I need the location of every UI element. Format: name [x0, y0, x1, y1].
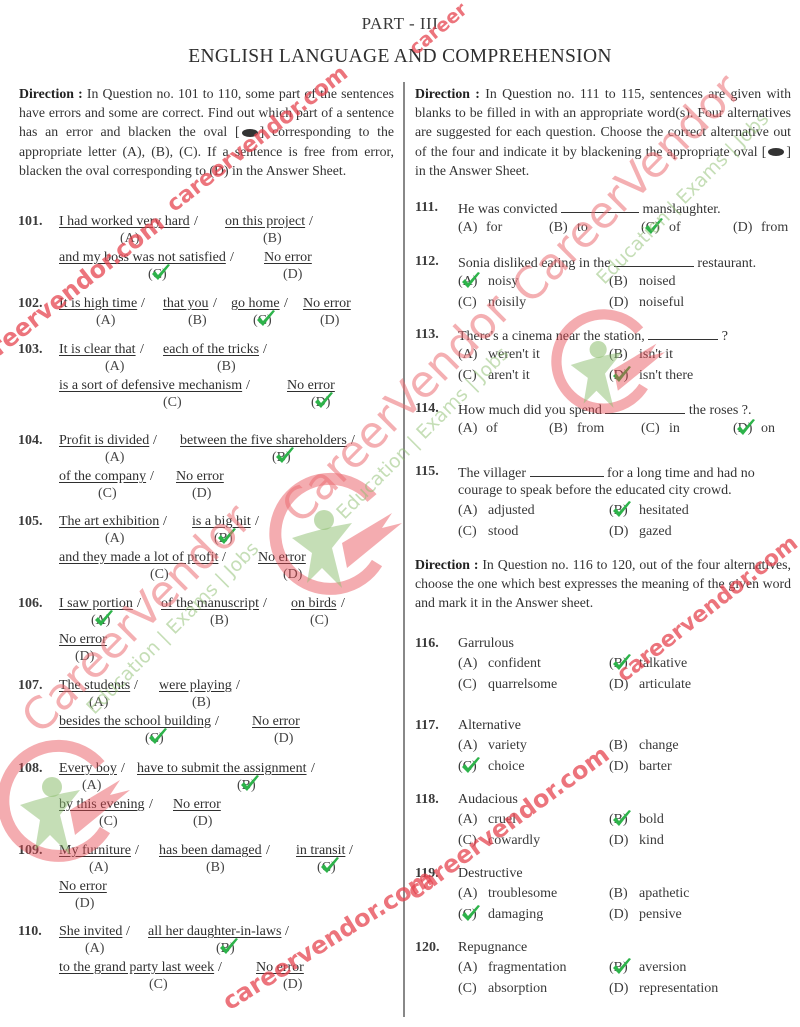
- option-text: aren't it: [488, 368, 530, 383]
- question-word: Repugnance: [458, 940, 527, 956]
- option-label-a: (A): [120, 231, 139, 247]
- answer-part-c[interactable]: by this evening: [59, 797, 145, 813]
- question-number: 113.: [415, 327, 439, 343]
- question-114: 114.How much did you spend the roses ?.(…: [415, 401, 795, 471]
- separator-slash: /: [309, 214, 313, 230]
- option-label-a: (A): [105, 531, 124, 547]
- option-label-a: (A): [105, 450, 124, 466]
- question-stem: Sonia disliked eating in the restaurant.: [458, 254, 756, 272]
- answer-part-a[interactable]: She invited: [59, 924, 122, 940]
- direction-label: Direction :: [19, 86, 83, 101]
- stem-text: for a long time and had no: [604, 466, 755, 481]
- answer-part-a[interactable]: My furniture: [59, 843, 131, 859]
- answer-part-a[interactable]: The art exhibition: [59, 514, 159, 530]
- separator-slash: /: [246, 378, 250, 394]
- option-text: quarrelsome: [488, 677, 557, 692]
- option-d[interactable]: (D)noiseful: [609, 295, 684, 311]
- option-text: variety: [488, 738, 527, 753]
- answer-part-b[interactable]: have to submit the assignment: [137, 761, 307, 777]
- question-number: 103.: [18, 342, 43, 358]
- separator-slash: /: [236, 678, 240, 694]
- question-119: 119.Destructive(A)troublesome(B)apatheti…: [415, 866, 795, 930]
- separator-slash: /: [222, 550, 226, 566]
- answer-part-d[interactable]: No error: [287, 378, 335, 394]
- option-letter: (B): [609, 347, 639, 363]
- option-b[interactable]: (B)bold: [609, 812, 664, 828]
- option-letter: (C): [458, 907, 488, 923]
- question-110: 110.She invited/(A)all her daughter-in-l…: [18, 924, 398, 1004]
- option-text: talkative: [639, 656, 687, 671]
- option-label-d: (D): [274, 731, 293, 747]
- option-label-b: (B): [206, 860, 225, 876]
- option-label-b: (B): [216, 941, 235, 957]
- separator-slash: /: [121, 761, 125, 777]
- option-text: isn't there: [639, 368, 693, 383]
- option-letter: (C): [641, 220, 669, 236]
- option-c[interactable]: (C)cowardly: [458, 833, 540, 849]
- question-number: 116.: [415, 636, 439, 652]
- option-letter: (B): [609, 812, 639, 828]
- option-label-b: (B): [263, 231, 282, 247]
- option-label-b: (B): [192, 695, 211, 711]
- answer-part-b[interactable]: were playing: [159, 678, 232, 694]
- option-label-c: (C): [310, 613, 329, 629]
- option-label-d: (D): [283, 977, 302, 993]
- option-letter: (A): [458, 812, 488, 828]
- option-text: of: [486, 421, 498, 436]
- option-b[interactable]: (B)hesitated: [609, 503, 689, 519]
- option-text: on: [761, 421, 775, 436]
- option-c[interactable]: (C)noisily: [458, 295, 526, 311]
- answer-part-d[interactable]: No error: [258, 550, 306, 566]
- option-label-d: (D): [75, 896, 94, 912]
- answer-part-a[interactable]: I had worked very hard: [59, 214, 190, 230]
- answer-part-d[interactable]: No error: [59, 632, 107, 648]
- question-116: 116.Garrulous(A)confident(B)talkative(C)…: [415, 636, 795, 700]
- option-text: to: [577, 220, 588, 235]
- option-d[interactable]: (D)articulate: [609, 677, 691, 693]
- option-label-a: (A): [105, 359, 124, 375]
- option-letter: (D): [609, 677, 639, 693]
- answer-part-a[interactable]: Every boy: [59, 761, 117, 777]
- separator-slash: /: [137, 596, 141, 612]
- question-number: 119.: [415, 866, 439, 882]
- question-number: 108.: [18, 761, 43, 777]
- option-c[interactable]: (C)choice: [458, 759, 525, 775]
- option-c[interactable]: (C)in: [641, 421, 680, 437]
- option-text: kind: [639, 833, 664, 848]
- question-number: 105.: [18, 514, 43, 530]
- option-text: from: [761, 220, 788, 235]
- option-text: noiseful: [639, 295, 684, 310]
- option-c[interactable]: (C)aren't it: [458, 368, 530, 384]
- stem-text: restaurant.: [694, 256, 756, 271]
- question-stem: He was convicted manslaughter.: [458, 200, 721, 218]
- answer-part-c[interactable]: of the company: [59, 469, 146, 485]
- separator-slash: /: [194, 214, 198, 230]
- option-label-b: (B): [188, 313, 207, 329]
- option-text: aversion: [639, 960, 686, 975]
- question-109: 109.My furniture/(A)has been damaged/(B)…: [18, 843, 398, 923]
- option-letter: (B): [609, 960, 639, 976]
- separator-slash: /: [285, 924, 289, 940]
- option-text: hesitated: [639, 503, 689, 518]
- answer-part-d[interactable]: No error: [264, 250, 312, 266]
- direction-label: Direction :: [415, 557, 478, 572]
- option-d[interactable]: (D)isn't there: [609, 368, 693, 384]
- option-letter: (C): [458, 833, 488, 849]
- question-number: 114.: [415, 401, 439, 417]
- option-text: cruel: [488, 812, 516, 827]
- question-118: 118.Audacious(A)cruel(B)bold(C)cowardly(…: [415, 792, 795, 856]
- option-c[interactable]: (C)absorption: [458, 981, 547, 997]
- option-label-c: (C): [148, 267, 167, 283]
- question-number: 117.: [415, 718, 439, 734]
- stem-text: Sonia disliked eating in the: [458, 256, 614, 271]
- option-b[interactable]: (B)apathetic: [609, 886, 690, 902]
- answer-part-d[interactable]: No error: [59, 879, 107, 895]
- option-b[interactable]: (B)from: [549, 421, 604, 437]
- option-a[interactable]: (A)variety: [458, 738, 527, 754]
- answer-part-d[interactable]: No error: [176, 469, 224, 485]
- option-a[interactable]: (A)weren't it: [458, 347, 540, 363]
- question-106: 106.I saw portion/(A)of the manuscript/(…: [18, 596, 398, 676]
- answer-part-b[interactable]: between the five shareholders: [180, 433, 347, 449]
- option-c[interactable]: (C)stood: [458, 524, 518, 540]
- option-b[interactable]: (B)aversion: [609, 960, 686, 976]
- separator-slash: /: [230, 250, 234, 266]
- section-title: ENGLISH LANGUAGE AND COMPREHENSION: [0, 46, 800, 68]
- question-number: 101.: [18, 214, 43, 230]
- question-120: 120.Repugnance(A)fragmentation(B)aversio…: [415, 940, 795, 1004]
- option-letter: (B): [609, 886, 639, 902]
- separator-slash: /: [149, 797, 153, 813]
- option-text: weren't it: [488, 347, 540, 362]
- answer-part-b[interactable]: is a big hit: [192, 514, 251, 530]
- answer-part-d[interactable]: No error: [252, 714, 300, 730]
- option-label-a: (A): [91, 613, 110, 629]
- answer-part-b[interactable]: of the manuscript: [161, 596, 259, 612]
- option-letter: (B): [609, 738, 639, 754]
- question-105: 105.The art exhibition/(A)is a big hit/(…: [18, 514, 398, 594]
- option-d[interactable]: (D)gazed: [609, 524, 672, 540]
- option-label-d: (D): [75, 649, 94, 665]
- question-number: 110.: [18, 924, 42, 940]
- question-word: Garrulous: [458, 636, 514, 652]
- answer-part-c[interactable]: in transit: [296, 843, 345, 859]
- option-letter: (C): [458, 981, 488, 997]
- part-title: PART - III: [0, 14, 800, 34]
- separator-slash: /: [218, 960, 222, 976]
- option-letter: (A): [458, 274, 488, 290]
- separator-slash: /: [263, 342, 267, 358]
- option-label-d: (D): [193, 814, 212, 830]
- oval-icon: [242, 129, 258, 137]
- separator-slash: /: [135, 843, 139, 859]
- separator-slash: /: [284, 296, 288, 312]
- separator-slash: /: [255, 514, 259, 530]
- option-text: noisily: [488, 295, 526, 310]
- option-letter: (C): [458, 677, 488, 693]
- question-107: 107.The students/(A)were playing/(B)besi…: [18, 678, 398, 758]
- option-text: bold: [639, 812, 664, 827]
- option-d[interactable]: (D)on: [733, 421, 775, 437]
- option-label-a: (A): [89, 860, 108, 876]
- option-a[interactable]: (A)noisy: [458, 274, 518, 290]
- option-d[interactable]: (D)pensive: [609, 907, 682, 923]
- option-label-c: (C): [253, 313, 272, 329]
- separator-slash: /: [141, 296, 145, 312]
- option-label-b: (B): [217, 359, 236, 375]
- option-b[interactable]: (B)isn't it: [609, 347, 673, 363]
- option-d[interactable]: (D)representation: [609, 981, 718, 997]
- option-text: cowardly: [488, 833, 540, 848]
- question-word: Destructive: [458, 866, 523, 882]
- option-text: of: [669, 220, 681, 235]
- option-label-d: (D): [192, 486, 211, 502]
- option-letter: (C): [458, 295, 488, 311]
- option-label-b: (B): [210, 613, 229, 629]
- option-text: damaging: [488, 907, 543, 922]
- separator-slash: /: [213, 296, 217, 312]
- option-letter: (D): [733, 421, 761, 437]
- direction-116-120: Direction : In Question no. 116 to 120, …: [415, 555, 791, 613]
- option-text: for: [486, 220, 502, 235]
- option-a[interactable]: (A)cruel: [458, 812, 516, 828]
- option-c[interactable]: (C)damaging: [458, 907, 543, 923]
- stem-text: The villager: [458, 466, 530, 481]
- option-text: articulate: [639, 677, 691, 692]
- option-letter: (D): [609, 759, 639, 775]
- option-label-a: (A): [96, 313, 115, 329]
- option-label-c: (C): [163, 395, 182, 411]
- option-label-b: (B): [237, 778, 256, 794]
- option-text: absorption: [488, 981, 547, 996]
- question-stem: How much did you spend the roses ?.: [458, 401, 751, 419]
- answer-part-b[interactable]: all her daughter-in-laws: [148, 924, 281, 940]
- option-letter: (A): [458, 738, 488, 754]
- option-letter: (B): [549, 220, 577, 236]
- question-108: 108.Every boy/(A)have to submit the assi…: [18, 761, 398, 841]
- option-letter: (A): [458, 347, 488, 363]
- option-text: noisy: [488, 274, 518, 289]
- answer-part-c[interactable]: and they made a lot of profit: [59, 550, 218, 566]
- option-text: barter: [639, 759, 672, 774]
- option-label-c: (C): [99, 814, 118, 830]
- answer-blank: [614, 254, 694, 267]
- option-text: representation: [639, 981, 718, 996]
- separator-slash: /: [126, 924, 130, 940]
- option-text: confident: [488, 656, 541, 671]
- option-b[interactable]: (B)change: [609, 738, 679, 754]
- option-letter: (D): [609, 981, 639, 997]
- answer-part-a[interactable]: I saw portion: [59, 596, 133, 612]
- option-c[interactable]: (C)of: [641, 220, 681, 236]
- option-text: change: [639, 738, 679, 753]
- answer-part-d[interactable]: No error: [173, 797, 221, 813]
- answer-part-a[interactable]: It is clear that: [59, 342, 136, 358]
- answer-part-c[interactable]: and my boss was not satisfied: [59, 250, 226, 266]
- answer-blank: [648, 327, 718, 340]
- question-stem: The villager for a long time and had no: [458, 464, 755, 482]
- option-a[interactable]: (A)for: [458, 220, 502, 236]
- direction-111-115: Direction : In Question no. 111 to 115, …: [415, 84, 791, 180]
- option-letter: (A): [458, 886, 488, 902]
- direction-label: Direction :: [415, 86, 480, 101]
- direction-101-110: Direction : In Question no. 101 to 110, …: [19, 84, 394, 180]
- option-d[interactable]: (D)kind: [609, 833, 664, 849]
- stem-text: the roses ?.: [685, 403, 751, 418]
- stem-text: ?: [718, 329, 728, 344]
- option-letter: (D): [609, 907, 639, 923]
- option-d[interactable]: (D)barter: [609, 759, 672, 775]
- option-letter: (C): [458, 759, 488, 775]
- question-number: 106.: [18, 596, 43, 612]
- stem-text: There's a cinema near the station,: [458, 329, 648, 344]
- option-letter: (D): [609, 295, 639, 311]
- answer-part-b[interactable]: each of the tricks: [163, 342, 259, 358]
- option-text: in: [669, 421, 680, 436]
- question-101: 101.I had worked very hard/(A)on this pr…: [18, 214, 398, 294]
- option-b[interactable]: (B)to: [549, 220, 588, 236]
- option-label-c: (C): [98, 486, 117, 502]
- separator-slash: /: [349, 843, 353, 859]
- option-text: apathetic: [639, 886, 690, 901]
- separator-slash: /: [163, 514, 167, 530]
- answer-part-b[interactable]: on this project: [225, 214, 305, 230]
- answer-part-a[interactable]: The students: [59, 678, 130, 694]
- option-letter: (A): [458, 503, 488, 519]
- option-label-d: (D): [283, 567, 302, 583]
- option-label-b: (B): [272, 450, 291, 466]
- option-letter: (C): [458, 524, 488, 540]
- option-b[interactable]: (B)talkative: [609, 656, 687, 672]
- option-letter: (D): [609, 524, 639, 540]
- option-text: isn't it: [639, 347, 673, 362]
- option-label-a: (A): [89, 695, 108, 711]
- option-letter: (D): [609, 368, 639, 384]
- question-number: 120.: [415, 940, 440, 956]
- question-number: 115.: [415, 464, 439, 480]
- option-label-c: (C): [150, 567, 169, 583]
- option-label-c: (C): [145, 731, 164, 747]
- separator-slash: /: [153, 433, 157, 449]
- option-label-c: (C): [149, 977, 168, 993]
- separator-slash: /: [311, 761, 315, 777]
- separator-slash: /: [215, 714, 219, 730]
- option-letter: (B): [609, 503, 639, 519]
- exam-page: PART - III ENGLISH LANGUAGE AND COMPREHE…: [0, 0, 800, 1027]
- answer-blank: [530, 464, 604, 477]
- option-letter: (B): [609, 656, 639, 672]
- separator-slash: /: [341, 596, 345, 612]
- option-letter: (C): [458, 368, 488, 384]
- answer-blank: [605, 401, 685, 414]
- question-112: 112.Sonia disliked eating in the restaur…: [415, 254, 795, 324]
- option-label-a: (A): [82, 778, 101, 794]
- option-label-d: (D): [320, 313, 339, 329]
- option-text: fragmentation: [488, 960, 567, 975]
- answer-part-c[interactable]: on birds: [291, 596, 337, 612]
- option-a[interactable]: (A)adjusted: [458, 503, 535, 519]
- answer-part-d[interactable]: No error: [256, 960, 304, 976]
- option-letter: (C): [641, 421, 669, 437]
- option-a[interactable]: (A)confident: [458, 656, 541, 672]
- option-c[interactable]: (C)quarrelsome: [458, 677, 557, 693]
- question-stem-continued: courage to speak before the educated cit…: [458, 483, 732, 499]
- question-115: 115.The villager for a long time and had…: [415, 464, 795, 534]
- oval-icon: [768, 148, 784, 156]
- answer-part-b[interactable]: has been damaged: [159, 843, 262, 859]
- question-number: 107.: [18, 678, 43, 694]
- option-letter: (D): [609, 833, 639, 849]
- stem-text: How much did you spend: [458, 403, 605, 418]
- option-d[interactable]: (D)from: [733, 220, 788, 236]
- option-text: pensive: [639, 907, 682, 922]
- option-label-c: (C): [317, 860, 336, 876]
- question-number: 118.: [415, 792, 439, 808]
- question-number: 109.: [18, 843, 43, 859]
- stem-text: manslaughter.: [639, 202, 721, 217]
- answer-part-b[interactable]: that you: [163, 296, 209, 312]
- answer-part-a[interactable]: Profit is divided: [59, 433, 149, 449]
- separator-slash: /: [351, 433, 355, 449]
- option-letter: (B): [549, 421, 577, 437]
- option-b[interactable]: (B)noised: [609, 274, 676, 290]
- separator-slash: /: [266, 843, 270, 859]
- answer-part-c[interactable]: go home: [231, 296, 280, 312]
- option-label-a: (A): [85, 941, 104, 957]
- separator-slash: /: [134, 678, 138, 694]
- option-label-d: (D): [283, 267, 302, 283]
- separator-slash: /: [150, 469, 154, 485]
- question-number: 104.: [18, 433, 43, 449]
- question-103: 103.It is clear that/(A)each of the tric…: [18, 342, 398, 422]
- answer-part-c[interactable]: is a sort of defensive mechanism: [59, 378, 242, 394]
- question-word: Alternative: [458, 718, 521, 734]
- separator-slash: /: [263, 596, 267, 612]
- answer-blank: [561, 200, 639, 213]
- option-letter: (A): [458, 220, 486, 236]
- option-letter: (A): [458, 421, 486, 437]
- option-text: choice: [488, 759, 525, 774]
- question-word: Audacious: [458, 792, 518, 808]
- option-a[interactable]: (A)troublesome: [458, 886, 557, 902]
- question-number: 111.: [415, 200, 438, 216]
- option-letter: (A): [458, 960, 488, 976]
- column-divider: [403, 82, 405, 1017]
- separator-slash: /: [140, 342, 144, 358]
- answer-part-c[interactable]: besides the school building: [59, 714, 211, 730]
- option-label-d: (D): [311, 395, 330, 411]
- stem-text: He was convicted: [458, 202, 561, 217]
- option-a[interactable]: (A)fragmentation: [458, 960, 567, 976]
- answer-part-c[interactable]: to the grand party last week: [59, 960, 214, 976]
- option-text: noised: [639, 274, 676, 289]
- question-117: 117.Alternative(A)variety(B)change(C)cho…: [415, 718, 795, 782]
- option-letter: (A): [458, 656, 488, 672]
- question-number: 102.: [18, 296, 43, 312]
- answer-part-a[interactable]: It is high time: [59, 296, 137, 312]
- option-text: adjusted: [488, 503, 535, 518]
- option-label-b: (B): [214, 531, 233, 547]
- option-letter: (B): [609, 274, 639, 290]
- option-text: troublesome: [488, 886, 557, 901]
- option-letter: (D): [733, 220, 761, 236]
- answer-part-d[interactable]: No error: [303, 296, 351, 312]
- question-104: 104.Profit is divided/(A)between the fiv…: [18, 433, 398, 513]
- option-a[interactable]: (A)of: [458, 421, 498, 437]
